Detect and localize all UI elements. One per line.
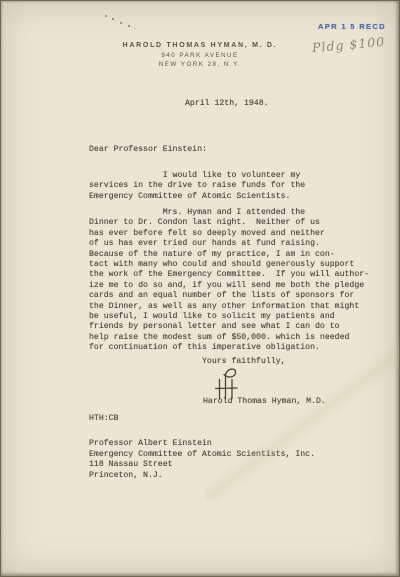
paper-speck: [120, 22, 122, 24]
salutation: Dear Professor Einstein:: [89, 145, 207, 154]
paper-speck: [105, 15, 107, 17]
scanned-letter-page: HAROLD THOMAS HYMAN, M. D. 940 PARK AVEN…: [0, 0, 400, 577]
paper-speck: [134, 28, 135, 29]
paper-speck: [112, 18, 114, 20]
reference-initials: HTH:CB: [89, 414, 118, 423]
signed-name: Harold Thomas Hyman, M.D.: [203, 397, 326, 406]
letterhead-city: NEW YORK 28, N.Y.: [1, 61, 399, 68]
received-date-stamp: APR 1 5 RECD: [318, 22, 386, 31]
body-paragraph-2: Mrs. Hyman and I attended the Dinner to …: [89, 208, 369, 354]
body-paragraph-1: I would like to volunteer my services in…: [89, 171, 305, 202]
paper-speck: [128, 25, 130, 27]
date-line: April 12th, 1948.: [185, 99, 269, 108]
recipient-address-block: Professor Albert Einstein Emergency Comm…: [89, 439, 315, 481]
